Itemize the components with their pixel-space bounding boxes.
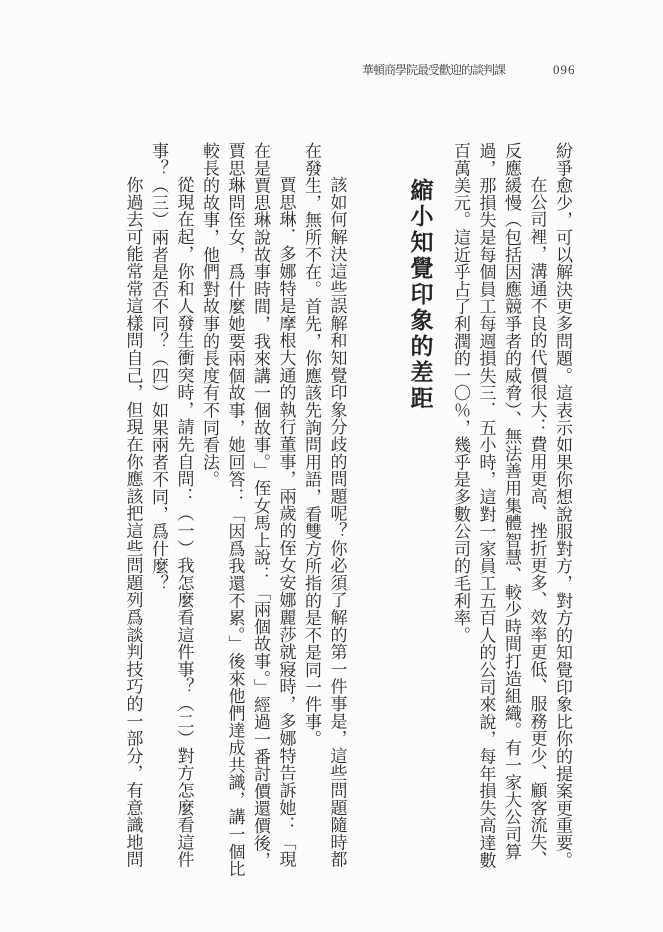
paragraph-four-questions: 從現在起，你和人發生衝突時，請先自問：（一）我怎麼看這件事？（二）對方怎麼看這件… xyxy=(146,142,197,884)
page-number: 096 xyxy=(553,62,576,78)
section-heading: 縮小知覺印象的差距 xyxy=(406,142,434,884)
paragraph-company-communication-costs: 在公司裡，溝通不良的代價很大：費用更高、挫折更多、效率更低、服務更少、顧客流失、… xyxy=(448,142,550,884)
book-title: 華頓商學院最受歡迎的談判課 xyxy=(362,61,505,78)
book-page: 華頓商學院最受歡迎的談判課 096 紛爭愈少，可以解決更多問題。這表示如果你想說… xyxy=(0,0,663,932)
running-header: 華頓商學院最受歡迎的談判課 096 xyxy=(362,61,576,78)
body-text: 紛爭愈少，可以解決更多問題。這表示如果你想說服對方，對方的知覺印象比你的提案更重… xyxy=(120,142,575,884)
paragraph-how-to-resolve: 該如何解決這些誤解和知覺印象分歧的問題呢？你必須了解的第一件事是，這些問題隨時都… xyxy=(299,142,350,884)
paragraph-disputes-continuation: 紛爭愈少，可以解決更多問題。這表示如果你想說服對方，對方的知覺印象比你的提案更重… xyxy=(550,142,576,884)
paragraph-ask-consciously: 你過去可能常常這樣問自己，但現在你應該把這些問題列爲談判技巧的一部分，有意識地問 xyxy=(120,142,146,884)
paragraph-jessilyn-story: 賈思琳．多娜特是摩根大通的執行董事，兩歲的侄女安娜麗莎就寢時，多娜特告訴她：「現… xyxy=(197,142,299,884)
